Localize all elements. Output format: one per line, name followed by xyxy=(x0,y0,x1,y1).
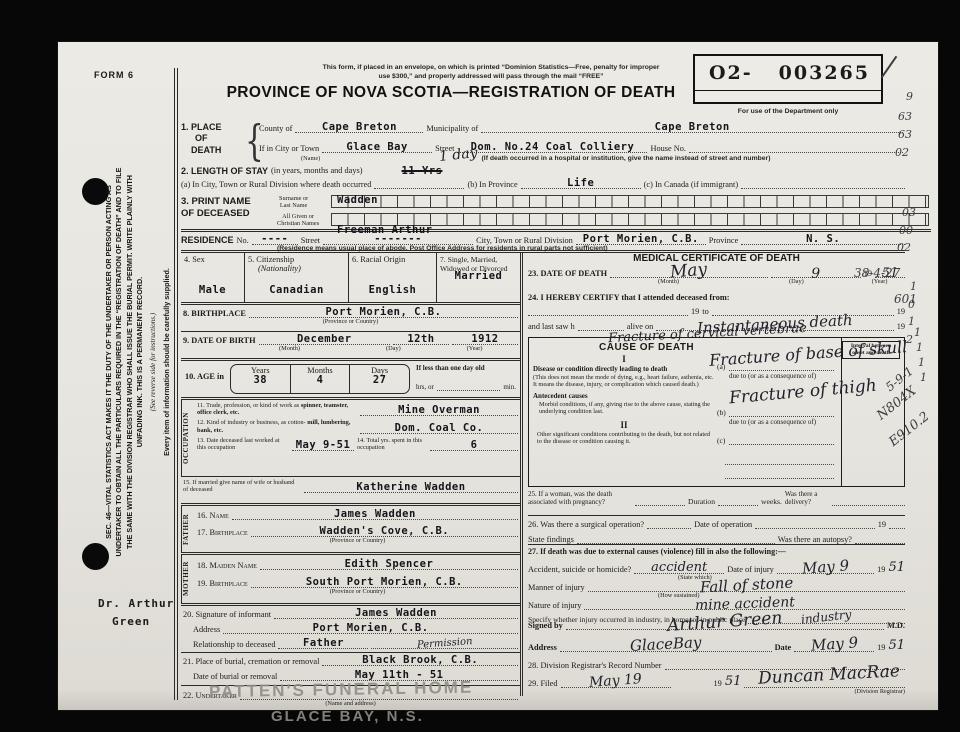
stay-b-value: Life xyxy=(567,177,594,189)
name-note: (Name) xyxy=(301,155,320,162)
margin-code: 601 xyxy=(894,292,917,306)
municipality-value: Cape Breton xyxy=(655,121,730,133)
registration-number: 003265 xyxy=(779,62,870,84)
age-label: 10. AGE in xyxy=(185,364,224,397)
physician-address-hw: GlaceBay xyxy=(630,635,702,654)
certify-block: 24. I HEREBY CERTIFY that I attended dec… xyxy=(528,293,905,335)
undertaker-block: 22. Undertaker (Name and address) PATTEN… xyxy=(181,686,520,712)
municipality-label: Municipality of xyxy=(426,124,478,133)
cause-a-hw: Fracture of base of skull xyxy=(709,339,908,369)
sex-label: 4. Sex xyxy=(184,255,241,264)
city-town-value: Glace Bay xyxy=(346,141,407,153)
medical-certificate-column: MEDICAL CERTIFICATE OF DEATH 23. DATE OF… xyxy=(523,253,905,696)
date-of-birth-row: 9. DATE OF BIRTH December 12th 1912 (Mon… xyxy=(181,332,520,358)
industry-row: 12. Kind of industry or business, as cot… xyxy=(197,419,518,433)
filed-row: 29. Filed May 19 19 51 (Division Registr… xyxy=(528,675,905,699)
hospital-note: (If death occurred in a hospital or inst… xyxy=(436,155,816,164)
mother-birthplace-value: South Port Morien, C.B. xyxy=(306,576,463,588)
stay-b-label: (b) In Province xyxy=(467,180,517,189)
mother-vertical-label: MOTHER xyxy=(181,555,194,603)
father-birthplace-value: Wadden's Cove, C.B. xyxy=(320,525,450,537)
sex-citizenship-row: 4. Sex Male 5. Citizenship (Nationality)… xyxy=(181,253,520,305)
racial-origin-value: English xyxy=(352,284,433,299)
margin-code: 1 xyxy=(916,341,923,354)
date-of-death-label: 23. DATE OF DEATH xyxy=(528,269,607,278)
form-number: FORM 6 xyxy=(94,70,134,80)
medical-certificate-title: MEDICAL CERTIFICATE OF DEATH xyxy=(528,253,905,267)
margin-code: 63 xyxy=(898,128,912,141)
see-reverse-note: (See reverse side for instructions.) xyxy=(149,166,157,558)
burial-place-label: 21. Place of burial, cremation or remova… xyxy=(183,657,319,666)
surname-label: Surname or Last Name xyxy=(279,195,308,209)
death-month-hw: May xyxy=(670,261,708,281)
marital-value: Married xyxy=(440,270,517,285)
racial-origin-label: 6. Racial Origin xyxy=(352,255,433,264)
age-months: 4 xyxy=(291,374,350,386)
dob-label: 9. DATE OF BIRTH xyxy=(183,336,256,345)
margin-code: 1 xyxy=(918,356,925,369)
father-name-value: James Wadden xyxy=(334,508,416,520)
length-of-stay-sub: (in years, months and days) xyxy=(271,166,362,175)
dob-year: 1912 xyxy=(471,333,498,345)
registration-number-box: O2- 003265 xyxy=(693,54,883,104)
sex-value: Male xyxy=(184,284,241,299)
cause-labels: I Disease or condition directly leading … xyxy=(533,354,715,445)
section-print-name: 3. PRINT NAME OF DECEASED Surname or Las… xyxy=(181,192,931,232)
margin-code: 03 xyxy=(902,206,916,219)
burial-place-value: Black Brook, C.B. xyxy=(362,654,478,666)
last-worked-row: 13. Date deceased last worked at this oc… xyxy=(197,437,518,451)
trade-value: Mine Overman xyxy=(398,404,480,416)
external-causes-block: 27. If death was due to external causes … xyxy=(528,545,905,619)
spouse-row: 15. If married give name of wife or husb… xyxy=(181,477,520,503)
mother-birthplace-label: 19. Birthplace xyxy=(197,579,248,588)
occupation-vertical-label: OCCUPATION xyxy=(181,400,194,476)
surname-value: Wadden xyxy=(337,194,960,206)
cause-of-death-box: CAUSE OF DEATH Interval be­tween onset a… xyxy=(528,337,905,487)
margin-code: 00 xyxy=(899,224,913,237)
section-place-of-death: 1. PLACE OF DEATH { County of Cape Breto… xyxy=(181,116,905,166)
mail-note: This form, if placed in an envelope, on … xyxy=(271,64,711,82)
birthplace-value: Port Morien, C.B. xyxy=(325,306,441,318)
margin-code: 1 xyxy=(914,326,921,339)
injury-year-hw: 51 xyxy=(888,561,905,574)
relationship-value: Father xyxy=(303,637,344,649)
age-row: 10. AGE in Years38 Months4 Days27 If les… xyxy=(181,361,520,397)
filed-date-hw: May 19 xyxy=(589,672,643,690)
residence-province-value: N. S. xyxy=(806,233,840,245)
typed-doctor-name: Dr. Arthur Green xyxy=(98,595,174,630)
margin-code: 1 xyxy=(920,371,927,384)
date-of-death-row: 23. DATE OF DEATH May 9 1951 (Month) (Da… xyxy=(528,267,905,293)
industry-value: Dom. Coal Co. xyxy=(395,422,484,434)
margin-code: 9 xyxy=(906,90,913,103)
cause-due-hw: Fracture of thigh xyxy=(729,378,878,408)
birthplace-row: 8. BIRTHPLACE Port Morien, C.B. (Provinc… xyxy=(181,305,520,331)
pregnancy-row: 25. If a woman, was the death associated… xyxy=(528,487,905,515)
father-group: FATHER 16. Name James Wadden 17. Birthpl… xyxy=(181,506,520,552)
burial-date-label: Date of burial or removal xyxy=(183,672,277,681)
registration-number-prefix: O2- xyxy=(709,62,753,84)
total-yrs-value: 6 xyxy=(471,439,478,451)
age-days: 27 xyxy=(350,374,409,386)
residence-street-value: ------- xyxy=(374,233,422,245)
street-value: Dom. No.24 Coal Colliery xyxy=(471,141,635,153)
mother-group: MOTHER 18. Maiden Name Edith Spencer 19.… xyxy=(181,555,520,603)
last-worked-value: May 9-51 xyxy=(296,439,351,451)
informant-block: 20. Signature of informant James Wadden … xyxy=(181,606,520,652)
relationship-label: Relationship to deceased xyxy=(183,640,275,649)
marital-label: 7. Single, Married, xyxy=(440,255,517,264)
birthplace-label: 8. BIRTHPLACE xyxy=(183,309,246,318)
residence-city-value: Port Morien, C.B. xyxy=(583,233,699,245)
external-causes-label: 27. If death was due to external causes … xyxy=(528,547,905,556)
father-vertical-label: FATHER xyxy=(181,506,194,552)
given-names-label: All Given or Christian Names xyxy=(277,213,319,227)
information-supplied-note: Every item of information should be care… xyxy=(162,166,171,558)
residence-row: RESIDENCE No. ---- Street ------- City, … xyxy=(181,234,905,250)
father-name-label: 16. Name xyxy=(197,511,229,520)
relationship-handwriting: Permission xyxy=(417,637,473,651)
citizenship-label: 5. Citizenship xyxy=(248,255,345,264)
informant-address-label: Address xyxy=(183,625,220,634)
death-registration-form: FORM 6 SEC. 46—VITAL STATISTICS ACT MAKE… xyxy=(58,42,938,710)
margin-code: 02 xyxy=(897,241,911,254)
residence-label: RESIDENCE xyxy=(181,235,234,245)
left-margin-vertical-text: SEC. 46—VITAL STATISTICS ACT MAKES IT TH… xyxy=(104,166,171,558)
margin-code: 38-4-27 xyxy=(854,266,900,280)
accident-hw: accident xyxy=(651,561,707,574)
personal-column: 4. Sex Male 5. Citizenship (Nationality)… xyxy=(181,253,523,696)
page-title: PROVINCE OF NOVA SCOTIA—REGISTRATION OF … xyxy=(181,84,721,102)
age-box: Years38 Months4 Days27 xyxy=(230,364,410,394)
stamp-strip xyxy=(695,90,881,104)
mother-maiden-label: 18. Maiden Name xyxy=(197,561,257,570)
struck-eleven-yrs: 11 Yrs xyxy=(402,165,443,177)
informant-label: 20. Signature of informant xyxy=(183,610,271,619)
stay-a-label: (a) In City, Town or Rural Division wher… xyxy=(181,180,371,189)
city-town-label: If in City or Town xyxy=(259,144,319,153)
section-length-of-stay: 2. LENGTH OF STAY (in years, months and … xyxy=(181,166,905,190)
signed-date-hw: May 9 xyxy=(810,635,858,653)
informant-address-value: Port Morien, C.B. xyxy=(313,622,429,634)
margin-divider-rule xyxy=(174,68,178,700)
filed-year-hw: 51 xyxy=(725,675,742,688)
residence-no-value: ---- xyxy=(261,233,288,245)
dob-month: December xyxy=(297,333,352,345)
physician-address-row: Address GlaceBay Date May 9 19 51 xyxy=(528,639,905,659)
length-of-stay-label: 2. LENGTH OF STAY xyxy=(181,166,268,176)
margin-code: 02 xyxy=(895,146,909,159)
stay-c-label: (c) In Canada (if immigrant) xyxy=(644,180,738,189)
age-years: 38 xyxy=(231,374,290,386)
informant-value: James Wadden xyxy=(355,607,437,619)
signed-year-hw: 51 xyxy=(888,639,905,652)
house-no-label: House No. xyxy=(650,144,686,153)
citizenship-value: Canadian xyxy=(248,284,345,299)
funeral-home-stamp-line2: GLACE BAY, N.S. xyxy=(271,708,424,725)
certify-label: 24. I HEREBY CERTIFY that I attended dec… xyxy=(528,293,905,302)
handwritten-one-day: 1 day xyxy=(438,146,478,164)
vital-statistics-act-text: SEC. 46—VITAL STATISTICS ACT MAKES IT TH… xyxy=(104,166,146,558)
margin-code: 63 xyxy=(898,110,912,123)
occupation-group: OCCUPATION 11. Trade, profession, or kin… xyxy=(181,400,520,476)
operation-row: 26. Was there a surgical operation? Date… xyxy=(528,516,905,544)
injury-date-hw: May 9 xyxy=(801,558,849,576)
margin-code: 2 xyxy=(906,333,913,346)
spouse-value: Katherine Wadden xyxy=(356,481,465,493)
trade-row: 11. Trade, profession, or kind of work a… xyxy=(197,402,518,416)
mother-maiden-value: Edith Spencer xyxy=(345,558,434,570)
county-value: Cape Breton xyxy=(322,121,397,133)
dob-day: 12th xyxy=(407,333,434,345)
county-label: County of xyxy=(259,124,292,133)
death-day-hw: 9 xyxy=(811,267,820,281)
father-birthplace-label: 17. Birthplace xyxy=(197,528,248,537)
